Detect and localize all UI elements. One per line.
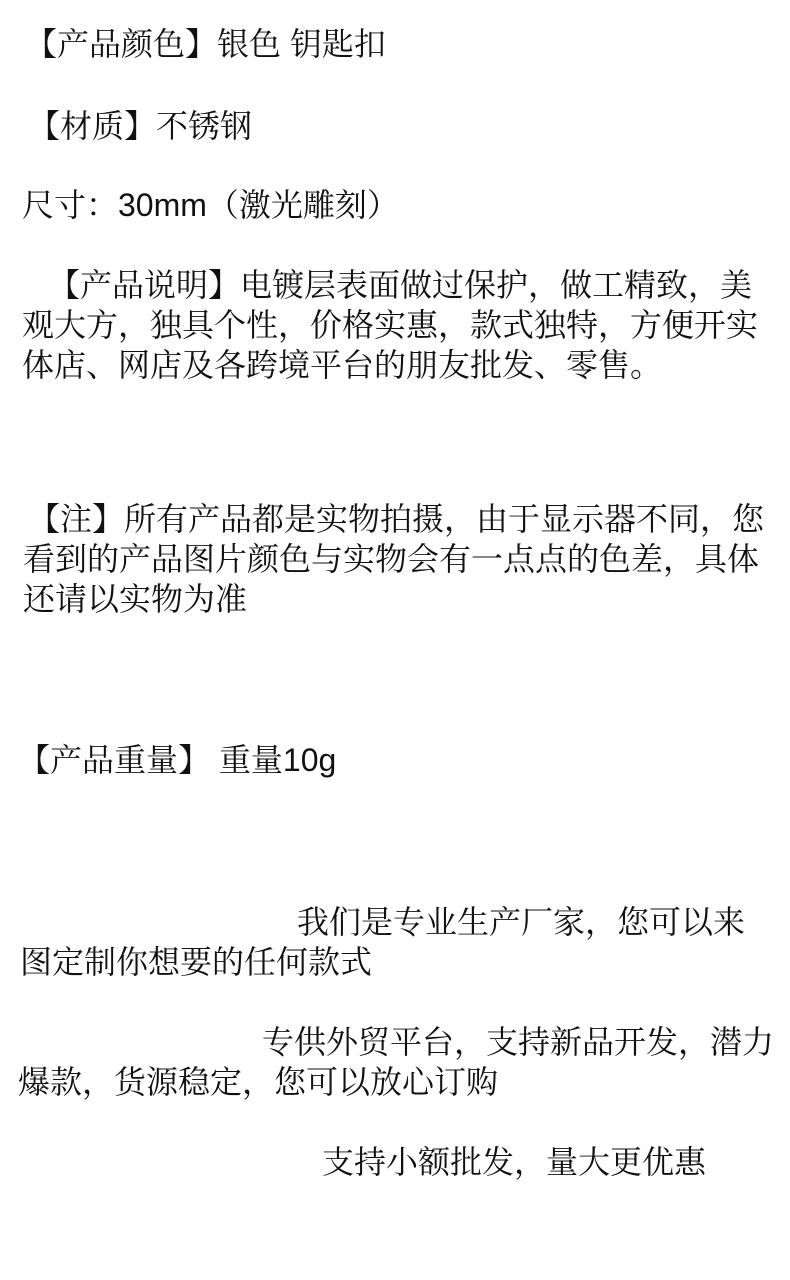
text-line: 还请以实物为准 — [23, 579, 764, 619]
factory-customization-paragraph: 我们是专业生产厂家，您可以来图定制你想要的任何款式 — [20, 902, 745, 982]
product-color-line: 【产品颜色】银色 钥匙扣 — [25, 24, 386, 64]
text-line: 爆款，货源稳定，您可以放心订购 — [18, 1062, 774, 1102]
text-line: 【注】所有产品都是实物拍摄，由于显示器不同，您 — [28, 499, 764, 539]
product-description-paragraph: 【产品说明】电镀层表面做过保护，做工精致，美观大方，独具个性，价格实惠，款式独特… — [22, 265, 758, 385]
product-material-line: 【材质】不锈钢 — [28, 106, 252, 146]
text-line: 看到的产品图片颜色与实物会有一点点的色差，具体 — [23, 539, 764, 579]
product-description-page: 【产品颜色】银色 钥匙扣 【材质】不锈钢 尺寸：30mm（激光雕刻） 【产品说明… — [0, 0, 790, 1280]
product-note-paragraph: 【注】所有产品都是实物拍摄，由于显示器不同，您看到的产品图片颜色与实物会有一点点… — [23, 499, 764, 619]
text-line: 观大方，独具个性，价格实惠，款式独特，方便开实 — [22, 305, 758, 345]
wholesale-discount-line: 支持小额批发，量大更优惠 — [322, 1142, 706, 1182]
product-size-line: 尺寸：30mm（激光雕刻） — [22, 185, 399, 225]
text-line: 体店、网店及各跨境平台的朋友批发、零售。 — [22, 345, 758, 385]
text-line: 我们是专业生产厂家，您可以来 — [297, 902, 745, 942]
foreign-trade-paragraph: 专供外贸平台，支持新品开发，潜力爆款，货源稳定，您可以放心订购 — [18, 1022, 774, 1102]
text-line: 专供外贸平台，支持新品开发，潜力 — [262, 1022, 774, 1062]
text-line: 图定制你想要的任何款式 — [20, 942, 745, 982]
product-weight-line: 【产品重量】 重量10g — [18, 740, 336, 780]
text-line: 【产品说明】电镀层表面做过保护，做工精致，美 — [48, 265, 758, 305]
